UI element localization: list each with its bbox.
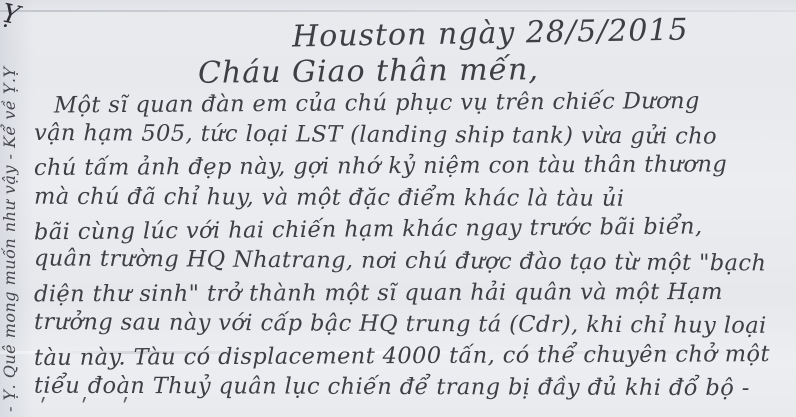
body-line-8: trưởng sau này với cấp bậc HQ trung tá (…	[34, 309, 794, 345]
body-line-1: Một sĩ quan đàn em của chú phục vụ trên …	[34, 87, 794, 124]
body-line-3: chú tấm ảnh đẹp này, gợi nhớ kỷ niệm con…	[34, 151, 794, 187]
body-line-4: mà chú đã chỉ huy, và một đặc điểm khác …	[34, 183, 794, 217]
margin-note-vertical: - Ỵ. Quê mong muốn như vậy - Kể về Ỵ.Ỵ	[0, 0, 19, 412]
date-line: Houston ngày 28/5/2015	[292, 13, 689, 55]
paper-top-crease	[0, 10, 796, 12]
cut-off-next-line-strokes: ʹ ʹ ʹ	[40, 396, 142, 417]
greeting-line: Cháu Giao thân mến,	[198, 52, 539, 91]
body-line-9: tàu này. Tàu có displacement 4000 tấn, c…	[34, 341, 794, 377]
body-line-7: diện thư sinh" trở thành một sĩ quan hải…	[34, 278, 794, 312]
body-line-2: vận hạm 505, tức loại LST (landing ship …	[34, 120, 794, 156]
body-line-10: tiểu đoàn Thuỷ quân lục chiến để trang b…	[34, 373, 794, 407]
letter-page: Ỵ - Ỵ. Quê mong muốn như vậy - Kể về Ỵ.Ỵ…	[0, 0, 796, 417]
body-line-6: quân trường HQ Nhatrang, nơi chú được đà…	[34, 245, 794, 282]
letter-body: Một sĩ quan đàn em của chú phục vụ trên …	[34, 90, 794, 406]
